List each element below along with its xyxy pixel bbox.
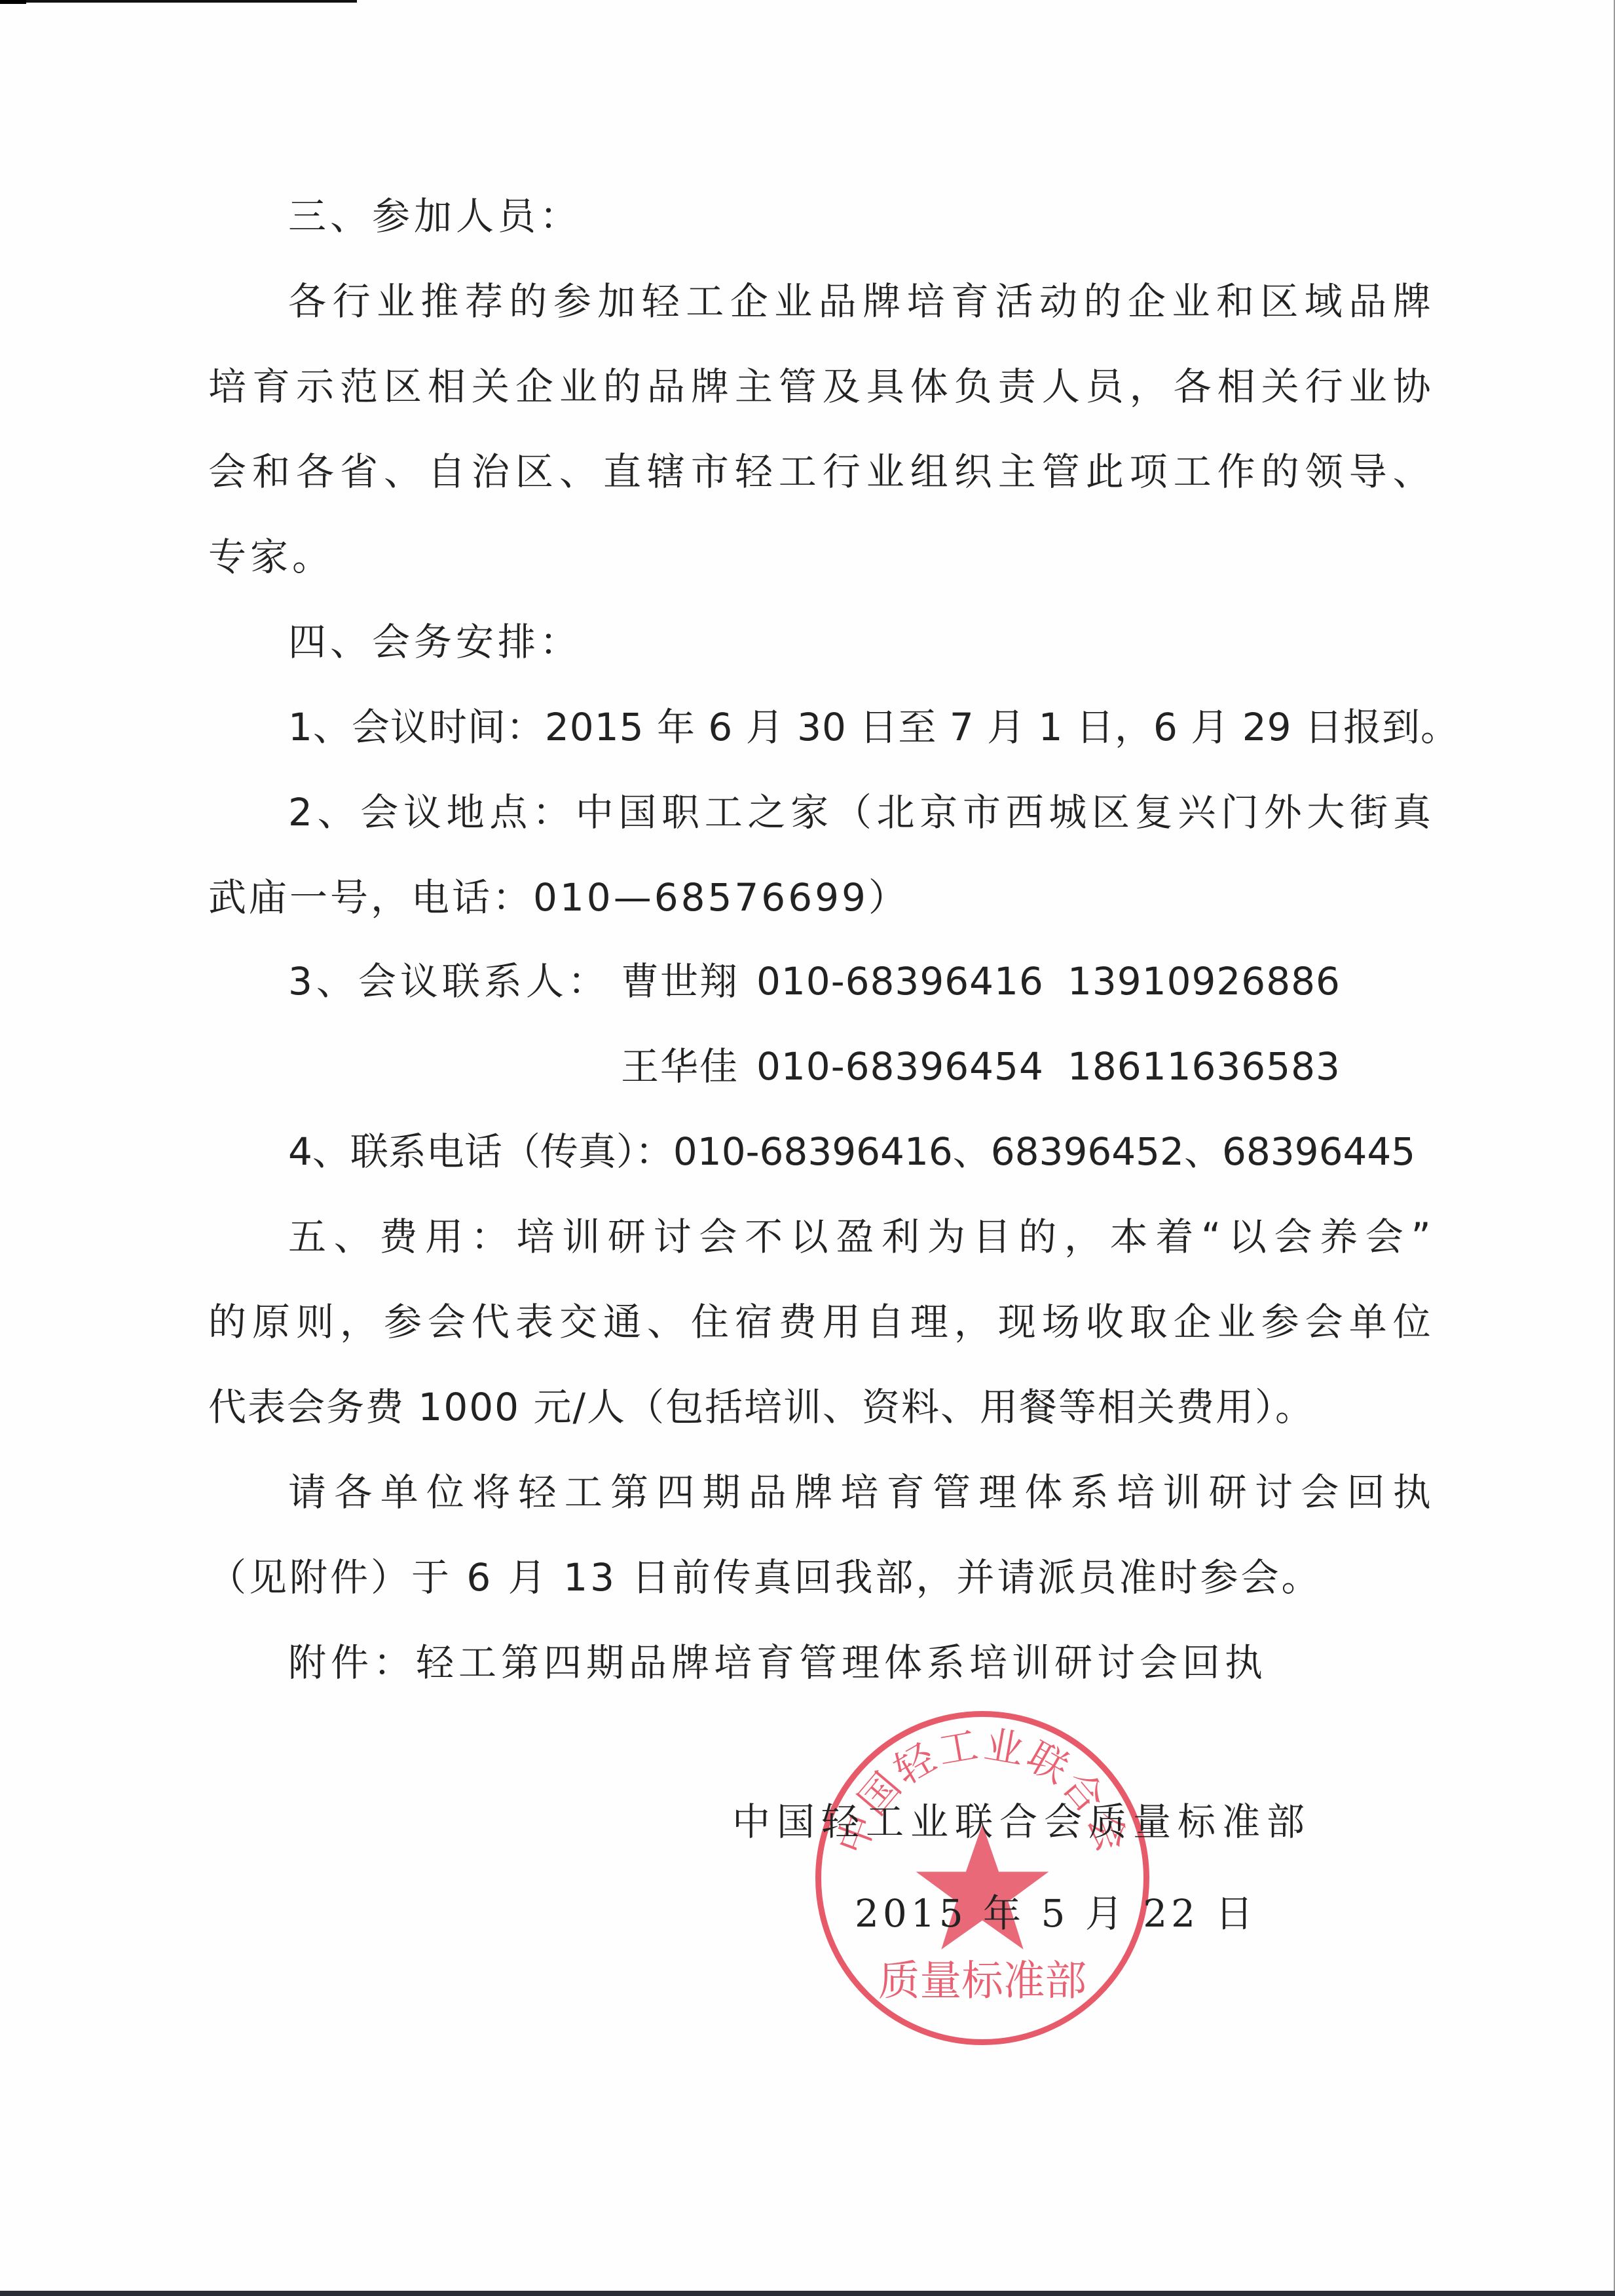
meeting-venue-line-2: 武庙一号，电话：010—68576699） [208,874,909,921]
fees-line-2: 的原则，参会代表交通、住宿费用自理，现场收取企业参会单位 [208,1298,1431,1346]
contact-1-name: 曹世翔 [621,958,739,1005]
fees-line-1: 五、费用：培训研讨会不以盈利为目的，本着“以会养会” [288,1213,1431,1260]
phone-fax: 4、联系电话（传真）：010-68396416、68396452、6839644… [288,1128,1415,1175]
contact-2-phone: 010-68396454 [756,1043,1044,1090]
issuing-organization: 中国轻工业联合会质量标准部 [732,1798,1311,1845]
request-line-2: （见附件）于 6 月 13 日前传真回我部，并请派员准时参会。 [208,1554,1322,1601]
contact-1-mobile: 13910926886 [1067,958,1341,1005]
section-heading-arrangements: 四、会务安排： [288,618,582,666]
seal-bottom-text: 质量标准部 [878,1957,1086,2005]
request-line-1: 请各单位将轻工第四期品牌培育管理体系培训研讨会回执 [288,1469,1431,1516]
issue-date: 2015 年 5 月 22 日 [855,1890,1257,1937]
attachment-line: 附件：轻工第四期品牌培育管理体系培训研讨会回执 [288,1639,1267,1686]
document-page: 三、参加人员： 各行业推荐的参加轻工企业品牌培育活动的企业和区域品牌 培育示范区… [0,0,1615,2296]
section-heading-participants: 三、参加人员： [288,193,582,240]
scan-edge-corner [0,0,26,4]
participants-line-2: 培育示范区相关企业的品牌主管及具体负责人员，各相关行业协 [208,363,1431,410]
participants-line-4: 专家。 [208,533,334,580]
official-seal-stamp: 中国轻工业联合会 质量标准部 [815,1711,1149,2045]
fees-line-3: 代表会务费 1000 元/人（包括培训、资料、用餐等相关费用）。 [208,1383,1314,1431]
participants-line-3: 会和各省、自治区、直辖市轻工行业组织主管此项工作的领导、 [208,448,1431,495]
scan-edge-top [0,0,357,3]
meeting-time: 1、会议时间：2015 年 6 月 30 日至 7 月 1 日，6 月 29 日… [288,704,1459,751]
contact-2-name: 王华佳 [621,1043,739,1090]
contact-1-phone: 010-68396416 [756,958,1044,1005]
contact-2-mobile: 18611636583 [1067,1043,1341,1090]
seal-graphic: 中国轻工业联合会 质量标准部 [821,1717,1143,2039]
scan-edge-bottom [0,2291,1615,2296]
participants-line-1: 各行业推荐的参加轻工企业品牌培育活动的企业和区域品牌 [288,278,1431,325]
meeting-venue-line-1: 2、会议地点：中国职工之家（北京市西城区复兴门外大街真 [288,789,1431,836]
contacts-label: 3、会议联系人： [288,958,610,1005]
